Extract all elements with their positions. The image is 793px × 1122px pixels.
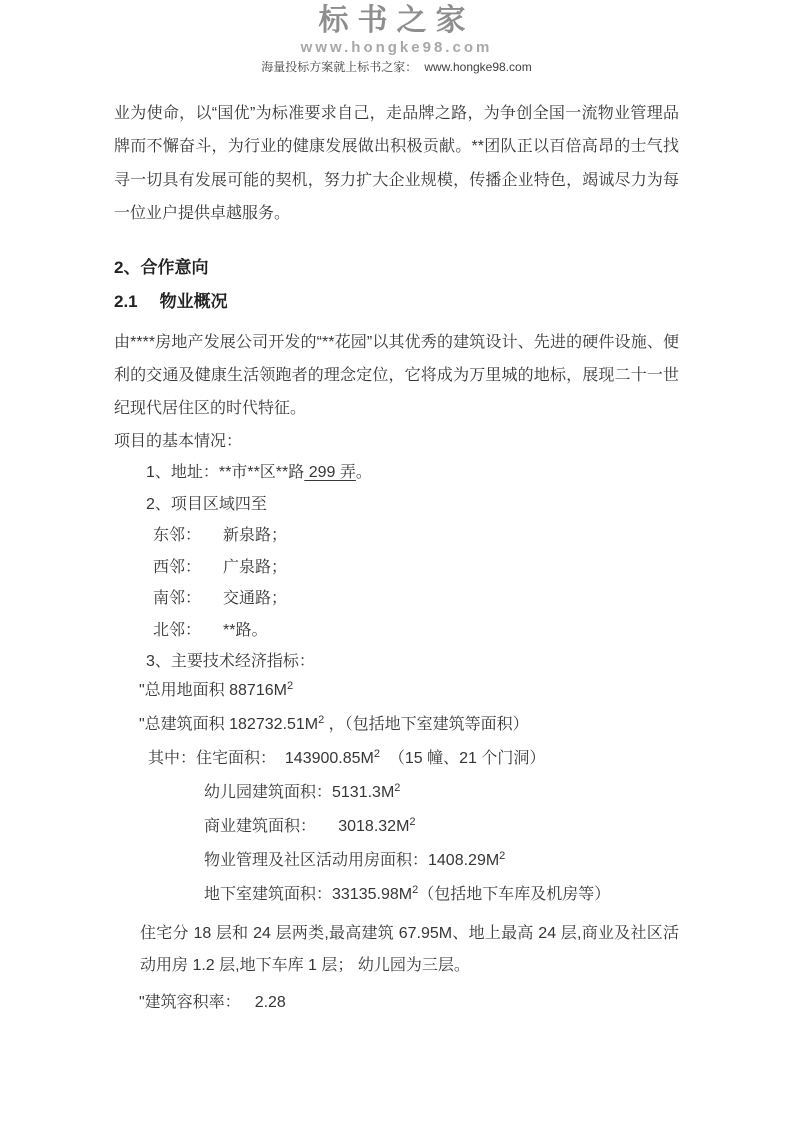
neighbor-north: 北邻：**路。: [114, 615, 679, 647]
neighbor-dir: 西邻：: [153, 559, 201, 576]
address-post: 。: [356, 464, 372, 481]
indicator-text: 地下室建筑面积：33135.98M: [204, 886, 412, 903]
address-item: 1、地址：**市**区**路 299 弄。: [114, 457, 679, 489]
superscript: 2: [409, 816, 415, 828]
superscript: 2: [394, 782, 400, 794]
neighbor-dir: 东邻：: [153, 527, 201, 544]
address-underlined: 299 弄: [304, 464, 356, 481]
indicator-management-area: 物业管理及社区活动用房面积：1408.29M2: [114, 850, 679, 871]
far-value: 2.28: [255, 994, 286, 1011]
neighbor-road: 广泉路；: [223, 559, 287, 576]
indicator-text: 其中：住宅面积： 143900.85M: [148, 750, 374, 767]
indicators-block: "总用地面积 88716M2 "总建筑面积 182732.51M2 ，（包括地下…: [114, 680, 679, 905]
site-url: www.hongke98.com: [0, 39, 793, 56]
neighbor-south: 南邻：交通路；: [114, 583, 679, 615]
indicator-kindergarten-area: 幼儿园建筑面积：5131.3M2: [114, 782, 679, 803]
header-tagline: 海量投标方案就上标书之家：www.hongke98.com: [0, 59, 793, 75]
neighbor-west: 西邻：广泉路；: [114, 552, 679, 584]
indicator-text: "总建筑面积 182732.51M: [139, 716, 318, 733]
indicator-note: （包括地下车库及机房等）: [418, 886, 610, 903]
subsection-title: 物业概况: [160, 292, 228, 311]
section-heading: 2、合作意向: [114, 257, 679, 278]
neighbor-east: 东邻：新泉路；: [114, 520, 679, 552]
document-body: 业为使命，以“国优”为标准要求自己，走品牌之路，为争创全国一流物业管理品牌而不懈…: [0, 97, 793, 1013]
indicator-note: ，（包括地下室建筑等面积）: [324, 716, 528, 733]
indicator-basement-area: 地下室建筑面积：33135.98M2（包括地下车库及机房等）: [114, 884, 679, 905]
neighbor-dir: 北邻：: [153, 622, 201, 639]
boundary-item: 2、项目区域四至: [114, 489, 679, 521]
subsection-number: 2.1: [114, 292, 138, 311]
indicators-item: 3、主要技术经济指标：: [114, 646, 679, 678]
address-pre: 1、地址：**市**区**路: [146, 464, 304, 481]
superscript: 2: [287, 680, 293, 692]
subsection-heading: 2.1物业概况: [114, 291, 679, 312]
tagline-text: 海量投标方案就上标书之家：: [261, 60, 417, 74]
indicator-note: （15 幢、21 个门洞）: [380, 750, 545, 767]
neighbor-road: **路。: [223, 622, 267, 639]
overview-paragraph: 由****房地产发展公司开发的“**花园”以其优秀的建筑设计、先进的硬件设施、便…: [114, 326, 679, 426]
neighbor-dir: 南邻：: [153, 590, 201, 607]
floor-area-ratio: "建筑容积率：2.28: [114, 992, 679, 1013]
indicator-land-area: "总用地面积 88716M2: [114, 680, 679, 701]
indicator-text: 商业建筑面积： 3018.32M: [204, 818, 409, 835]
tagline-url: www.hongke98.com: [424, 60, 531, 74]
indicator-text: 物业管理及社区活动用房面积：1408.29M: [204, 852, 499, 869]
site-logo: 标书之家: [0, 4, 793, 38]
superscript: 2: [499, 850, 505, 862]
site-header: 标书之家 www.hongke98.com 海量投标方案就上标书之家：www.h…: [0, 0, 793, 75]
indicator-text: "总用地面积 88716M: [139, 682, 287, 699]
indicator-text: 幼儿园建筑面积：5131.3M: [204, 784, 394, 801]
intro-paragraph: 业为使命，以“国优”为标准要求自己，走品牌之路，为争创全国一流物业管理品牌而不懈…: [114, 97, 679, 231]
neighbor-road: 交通路；: [223, 590, 287, 607]
indicator-gross-floor-area: "总建筑面积 182732.51M2 ，（包括地下室建筑等面积）: [114, 714, 679, 735]
document-page: 标书之家 www.hongke98.com 海量投标方案就上标书之家：www.h…: [0, 0, 793, 1122]
neighbor-road: 新泉路；: [223, 527, 287, 544]
indicator-commercial-area: 商业建筑面积： 3018.32M2: [114, 816, 679, 837]
residential-note: 住宅分 18 层和 24 层两类,最高建筑 67.95M、地上最高 24 层,商…: [114, 918, 679, 982]
far-label: "建筑容积率：: [139, 994, 241, 1011]
basics-label: 项目的基本情况：: [114, 426, 679, 458]
indicator-residential-area: 其中：住宅面积： 143900.85M2 （15 幢、21 个门洞）: [114, 748, 679, 769]
